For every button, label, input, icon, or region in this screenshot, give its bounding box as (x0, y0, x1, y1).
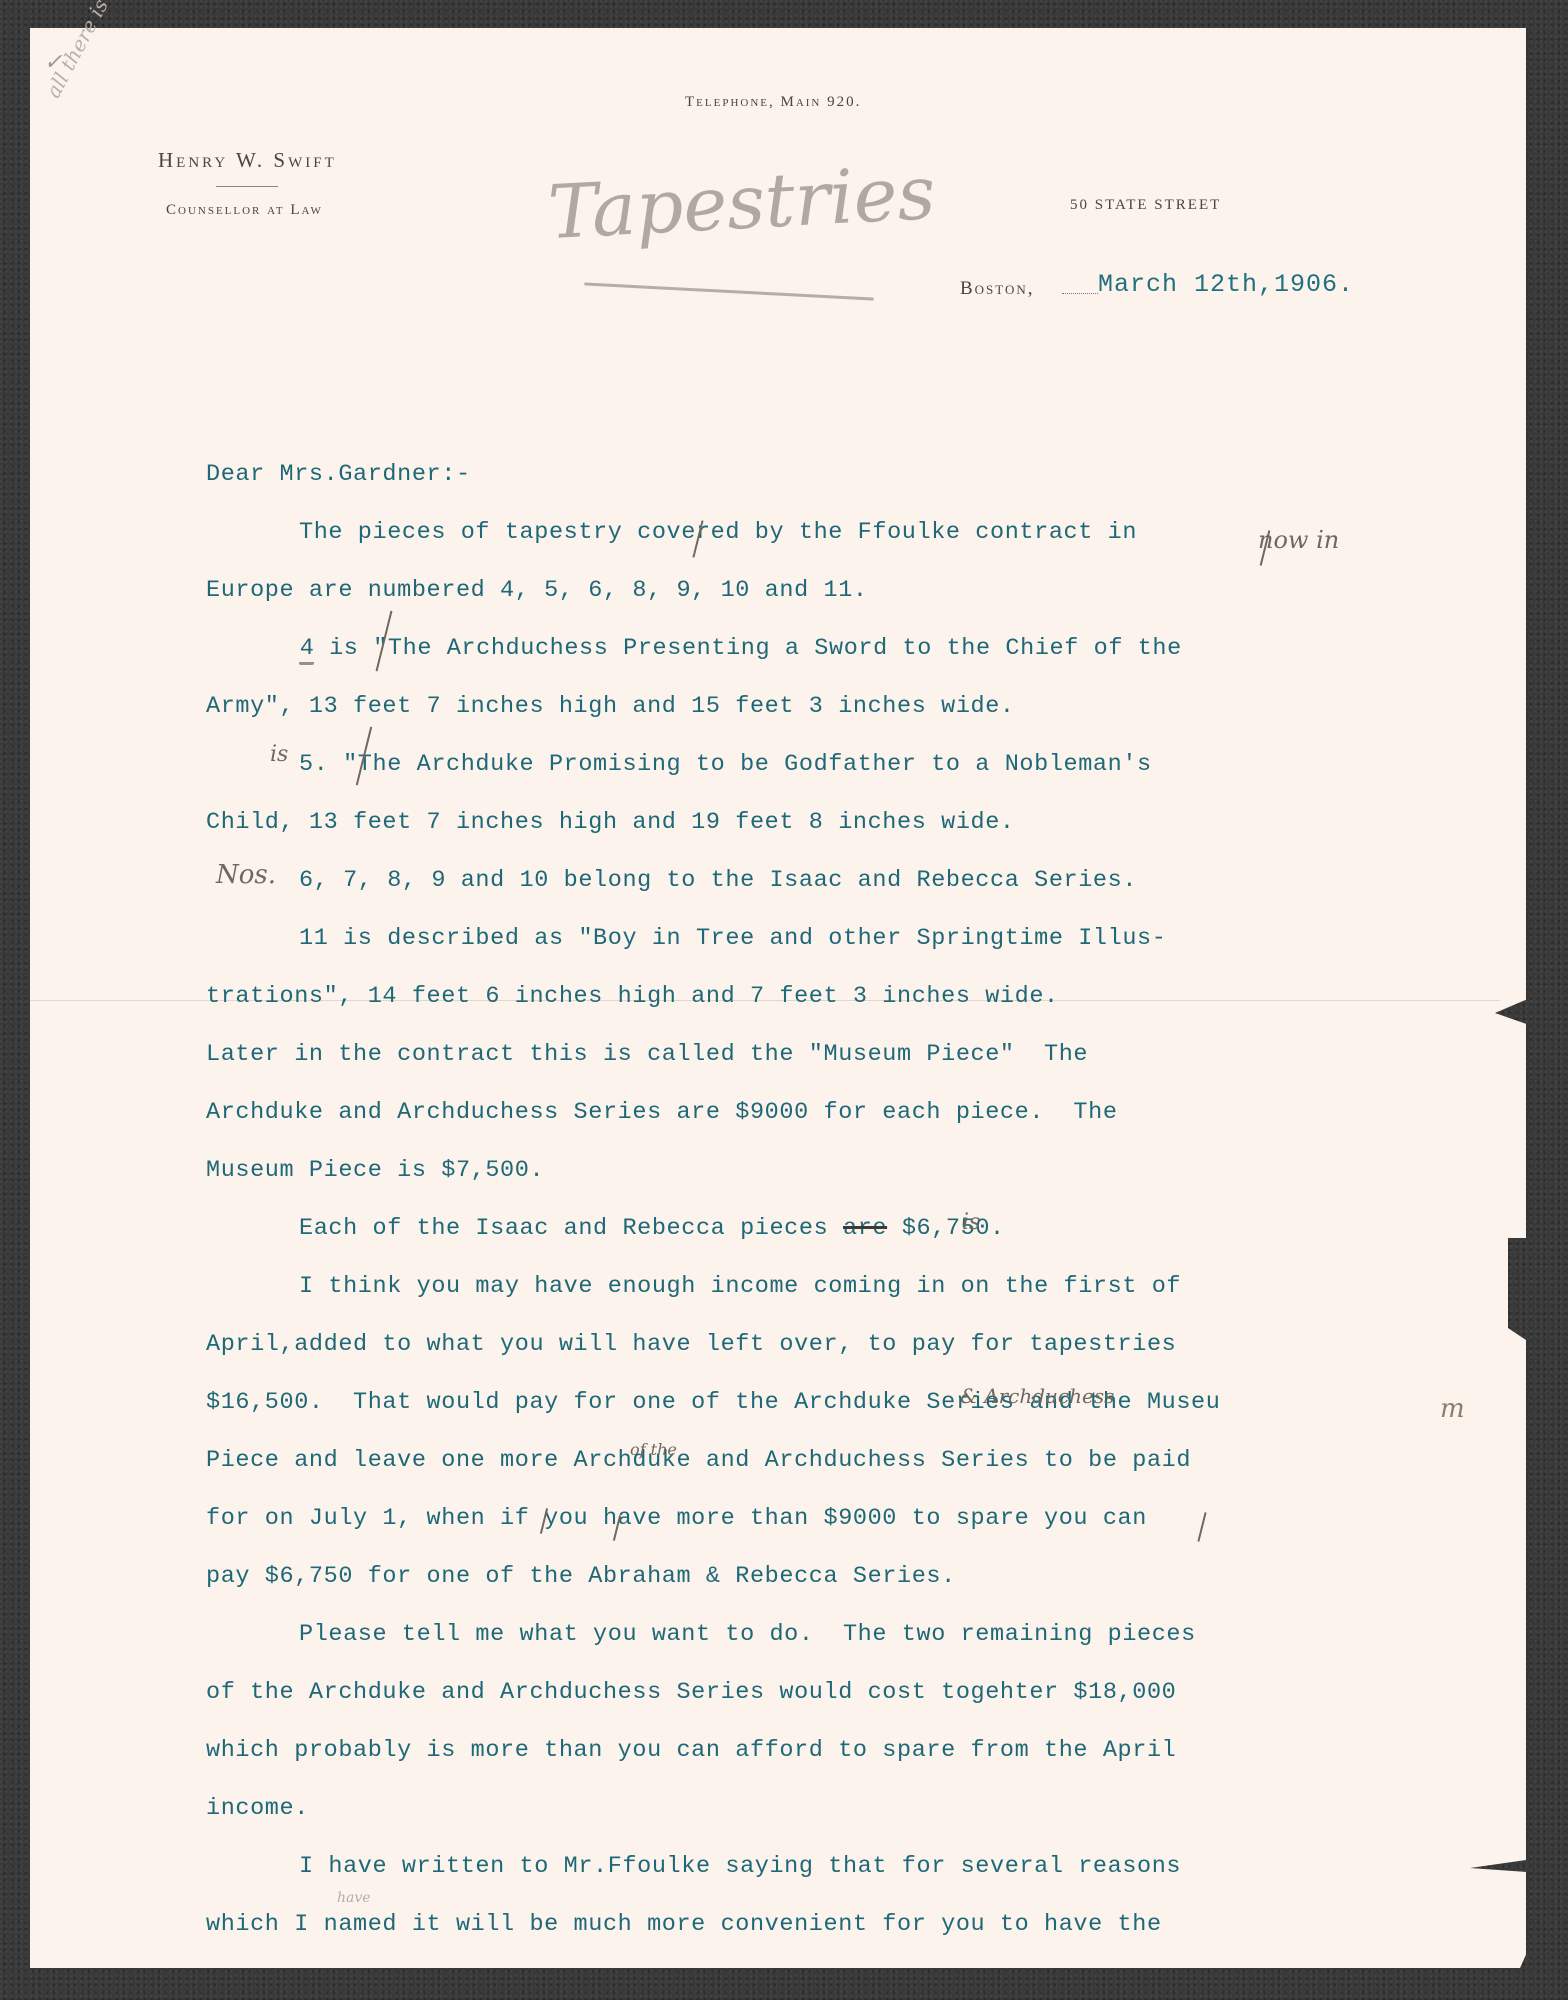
body-line-text: $6,750. (902, 1215, 1005, 1242)
body-line: 6, 7, 8, 9 and 10 belong to the Isaac an… (206, 852, 1416, 910)
body-line-text: Each of the Isaac and Rebecca pieces (299, 1215, 828, 1242)
body-line: Later in the contract this is called the… (206, 1026, 1416, 1084)
body-line-text: 4 is "The Archduchess Presenting a Sword… (300, 635, 1182, 662)
body-line: Army", 13 feet 7 inches high and 15 feet… (206, 678, 1416, 736)
body-line: of the Archduke and Archduchess Series w… (206, 1664, 1416, 1722)
annotation-of-the-insert: of the (630, 1440, 677, 1459)
body-line: pay $6,750 for one of the Abraham & Rebe… (206, 1548, 1416, 1606)
annotation-is-correction: is (962, 1210, 980, 1235)
annotation-is: is (270, 742, 288, 767)
body-line: 11 is described as "Boy in Tree and othe… (206, 910, 1416, 968)
body-line: Europe are numbered 4, 5, 6, 8, 9, 10 an… (206, 562, 1416, 620)
letterhead-rule (216, 186, 278, 187)
body-line: Child, 13 feet 7 inches high and 19 feet… (206, 794, 1416, 852)
letter-date: March 12th,1906. (1098, 270, 1354, 299)
body-line: I think you may have enough income comin… (206, 1258, 1416, 1316)
salutation: Dear Mrs.Gardner:- (206, 446, 1416, 504)
letterhead-city: Boston, (960, 278, 1035, 300)
body-line: Museum Piece is $7,500. (206, 1142, 1416, 1200)
body-line: Each of the Isaac and Rebecca pieces are… (206, 1200, 1416, 1258)
annotation-have: have (337, 1890, 371, 1906)
body-line: trations", 14 feet 6 inches high and 7 f… (206, 968, 1416, 1026)
letter-body: Dear Mrs.Gardner:- The pieces of tapestr… (206, 446, 1416, 1954)
body-line: $16,500. That would pay for one of the A… (206, 1374, 1416, 1432)
annotation-m: m (1440, 1394, 1465, 1424)
body-line: Archduke and Archduchess Series are $900… (206, 1084, 1416, 1142)
body-line: The pieces of tapestry covered by the Ff… (206, 504, 1416, 562)
body-line: income. (206, 1780, 1416, 1838)
letterhead-name: Henry W. Swift (158, 148, 337, 173)
body-line: Please tell me what you want to do. The … (206, 1606, 1416, 1664)
letterhead-address: 50 State Street (1070, 197, 1221, 214)
body-line: April,added to what you will have left o… (206, 1316, 1416, 1374)
date-dotted-leader (1062, 293, 1098, 294)
body-line: for on July 1, when if you have more tha… (206, 1490, 1416, 1548)
body-line: which probably is more than you can affo… (206, 1722, 1416, 1780)
annotation-archduchess-insert: & Archduchess (960, 1384, 1114, 1408)
body-line: I have written to Mr.Ffoulke saying that… (206, 1838, 1416, 1896)
body-line: which I named it will be much more conve… (206, 1896, 1416, 1954)
annotation-nos: Nos. (216, 860, 276, 890)
struck-word: are (843, 1215, 887, 1242)
body-line: Piece and leave one more Archduke and Ar… (206, 1432, 1416, 1490)
body-line: 5. "The Archduke Promising to be Godfath… (206, 736, 1416, 794)
letterhead-title: Counsellor at Law (166, 202, 323, 219)
letterhead-telephone: Telephone, Main 920. (685, 94, 861, 111)
